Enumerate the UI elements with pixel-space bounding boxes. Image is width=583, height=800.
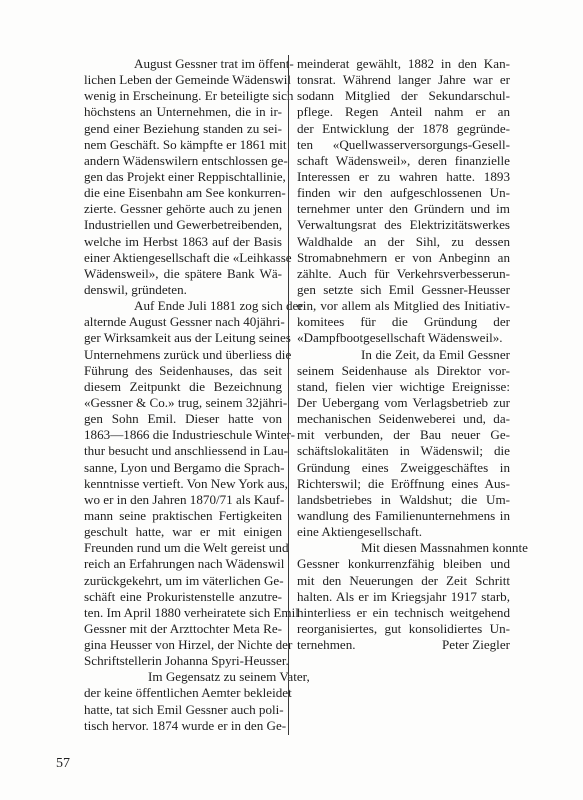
text-line: Industriellen und Gewerbetreibenden, — [84, 217, 282, 233]
text-line: gen das Projekt einer Reppischtallinie, — [84, 169, 282, 185]
text-line: gina Heusser von Hirzel, der Nichte der — [84, 637, 282, 653]
text-line: «Gessner & Co.» trug, seinem 32jähri- — [84, 395, 282, 411]
text-fragment: ternehmen. — [297, 637, 356, 653]
text-line: In die Zeit, da Emil Gessner — [297, 347, 510, 363]
text-line: kenntnisse vertieft. Von New York aus, — [84, 476, 282, 492]
text-line: «Dampfbootgesellschaft Wädensweil». — [297, 330, 510, 346]
text-line: mann seine praktischen Fertigkeiten — [84, 508, 282, 524]
text-line: thur besucht und anschliessend in Lau- — [84, 443, 282, 459]
text-line: zurückgekehrt, um im väterlichen Ge- — [84, 573, 282, 589]
text-line: Freunden rund um die Welt gereist und — [84, 540, 282, 556]
text-line: tonsrat. Während langer Jahre war er — [297, 72, 510, 88]
text-line: komitees für die Gründung der — [297, 314, 510, 330]
text-line: Auf Ende Juli 1881 zog sich der — [84, 298, 282, 314]
text-line: ternehmer unter den Gründern und im — [297, 201, 510, 217]
text-line: denswil, gründeten. — [84, 282, 282, 298]
text-line: mit den Neuerungen der Zeit Schritt — [297, 573, 510, 589]
text-line: lichen Leben der Gemeinde Wädenswil — [84, 72, 282, 88]
text-line: wandlung des Familienunternehmens in — [297, 508, 510, 524]
text-line: August Gessner trat im öffent- — [84, 56, 282, 72]
text-line: gen Sohn Emil. Dieser hatte von — [84, 411, 282, 427]
text-line: gend einer Beziehung standen zu sei- — [84, 121, 282, 137]
text-line: hatte, tat sich Emil Gessner auch poli- — [84, 702, 282, 718]
text-line: Wädensweil», die spätere Bank Wä- — [84, 266, 282, 282]
text-line: Mit diesen Massnahmen konnte — [297, 540, 510, 556]
text-line: seinem Seidenhause als Direktor vor- — [297, 363, 510, 379]
text-line: landsbetriebes in Waldshut; die Um- — [297, 492, 510, 508]
text-line: zählte. Auch für Verkehrsverbesserun- — [297, 266, 510, 282]
text-line: hinterliess er ein technisch weitgehend — [297, 605, 510, 621]
text-line: meinderat gewählt, 1882 in den Kan- — [297, 56, 510, 72]
left-column: August Gessner trat im öffent-lichen Leb… — [84, 56, 282, 734]
text-line: Interessen er zu wahren hatte. 1893 — [297, 169, 510, 185]
text-line: ein, vor allem als Mitglied des Initiati… — [297, 298, 510, 314]
text-line: eine Aktiengesellschaft. — [297, 524, 510, 540]
text-line: finden wir den aufgeschlossenen Un- — [297, 185, 510, 201]
text-line: pflege. Regen Anteil nahm er an — [297, 104, 510, 120]
text-line: höchstens an Unternehmen, die in ir- — [84, 104, 282, 120]
text-line: 1863—1866 die Industrieschule Winter- — [84, 427, 282, 443]
text-line: Unternehmens zurück und überliess die — [84, 347, 282, 363]
text-line: Verwaltungsrat des Elektrizitätswerkes — [297, 217, 510, 233]
text-line: mechanischen Seidenweberei und, da- — [297, 411, 510, 427]
text-line: schaft Wädensweil», deren finanzielle — [297, 153, 510, 169]
text-line: Stromabnehmern er von Anbeginn an — [297, 250, 510, 266]
text-line: diesem Zeitpunkt die Bezeichnung — [84, 379, 282, 395]
text-line: sodann Mitglied der Sekundarschul- — [297, 88, 510, 104]
text-line: Gründung eines Zweiggeschäftes in — [297, 460, 510, 476]
text-line: Richterswil; die Eröffnung eines Aus- — [297, 476, 510, 492]
text-line: ten. Im April 1880 verheiratete sich Emi… — [84, 605, 282, 621]
text-line: Im Gegensatz zu seinem Vater, — [84, 669, 282, 685]
text-line: der keine öffentlichen Aemter bekleidet — [84, 685, 282, 701]
text-line: Waldhalde an der Sihl, zu dessen — [297, 234, 510, 250]
text-line: schäft eine Prokuristenstelle anzutre- — [84, 589, 282, 605]
text-line: wo er in den Jahren 1870/71 als Kauf- — [84, 492, 282, 508]
text-line: Gessner mit der Arzttochter Meta Re- — [84, 621, 282, 637]
text-line: tisch hervor. 1874 wurde er in den Ge- — [84, 718, 282, 734]
text-line: stand, fielen vier wichtige Ereignisse: — [297, 379, 510, 395]
page-number: 57 — [56, 756, 70, 772]
column-divider — [288, 55, 289, 735]
text-line: reich an Erfahrungen nach Wädenswil — [84, 556, 282, 572]
text-line: die eine Eisenbahn am See konkurren- — [84, 185, 282, 201]
text-line: Gessner konkurrenzfähig bleiben und — [297, 556, 510, 572]
text-line: Führung des Seidenhauses, das seit — [84, 363, 282, 379]
text-line: alternde August Gessner nach 40jähri- — [84, 314, 282, 330]
text-line: ten «Quellwasserversorgungs-Gesell- — [297, 137, 510, 153]
text-line: sanne, Lyon und Bergamo die Sprach- — [84, 460, 282, 476]
text-line: der Entwicklung der 1878 gegründe- — [297, 121, 510, 137]
text-line: mit verbunden, der Bau neuer Ge- — [297, 427, 510, 443]
text-line: wenig in Erscheinung. Er beteiligte sich — [84, 88, 282, 104]
text-line: ger Wirksamkeit aus der Leitung seines — [84, 330, 282, 346]
author-signature: Peter Ziegler — [442, 637, 510, 653]
text-line: welche im Herbst 1863 auf der Basis — [84, 234, 282, 250]
document-page: August Gessner trat im öffent-lichen Leb… — [0, 0, 583, 800]
text-line: zierte. Gessner gehörte auch zu jenen — [84, 201, 282, 217]
text-line: gen setzte sich Emil Gessner-Heusser — [297, 282, 510, 298]
text-line: Schriftstellerin Johanna Spyri-Heusser. — [84, 653, 282, 669]
text-line: ternehmen.Peter Ziegler — [297, 637, 510, 653]
text-line: reorganisiertes, gut konsolidiertes Un- — [297, 621, 510, 637]
text-line: andern Wädenswilern entschlossen ge- — [84, 153, 282, 169]
text-line: nem Geschäft. So kämpfte er 1861 mit — [84, 137, 282, 153]
text-line: Der Uebergang vom Verlagsbetrieb zur — [297, 395, 510, 411]
text-line: einer Aktiengesellschaft die «Leihkasse — [84, 250, 282, 266]
text-line: halten. Als er im Kriegsjahr 1917 starb, — [297, 589, 510, 605]
text-line: geschult hatte, war er mit einigen — [84, 524, 282, 540]
text-line: schäftslokalitäten in Wädenswil; die — [297, 443, 510, 459]
right-column: meinderat gewählt, 1882 in den Kan-tonsr… — [297, 56, 510, 653]
